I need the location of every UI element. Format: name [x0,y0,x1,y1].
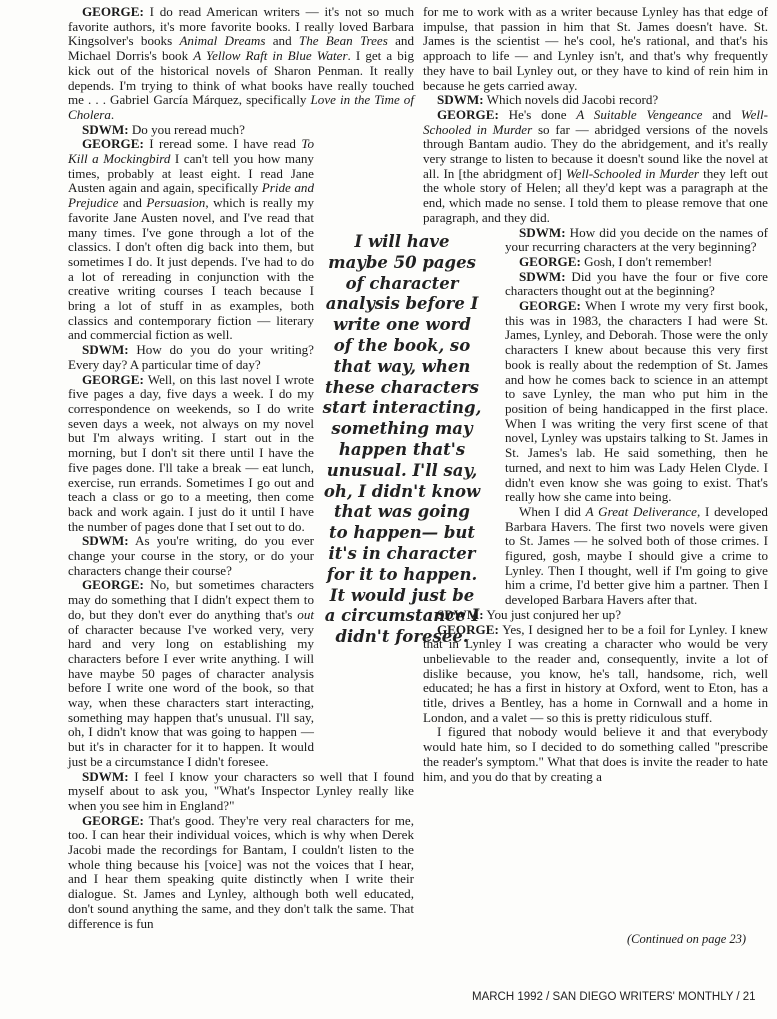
paragraph: GEORGE: Yes, I designed her to be a foil… [423,623,768,726]
speaker-label: GEORGE: [82,813,144,828]
paragraph: for me to work with as a writer because … [423,5,768,93]
paragraph: SDWM: I feel I know your characters so w… [68,770,414,814]
speaker-label: SDWM: [437,607,484,622]
paragraph: SDWM: As you're writing, do you ever cha… [68,534,314,578]
speaker-label: GEORGE: [437,622,499,637]
paragraph: SDWM: Do you reread much? [68,123,414,138]
paragraph: GEORGE: I reread some. I have read To Ki… [68,137,314,343]
paragraph: GEORGE: When I wrote my very first book,… [505,299,768,505]
speaker-label: GEORGE: [82,577,144,592]
speaker-label: SDWM: [437,92,484,107]
speaker-label: SDWM: [519,225,566,240]
speaker-label: GEORGE: [437,107,499,122]
speaker-label: SDWM: [519,269,566,284]
right-column: for me to work with as a writer because … [423,5,768,784]
continued-note: (Continued on page 23) [627,932,746,947]
speaker-label: SDWM: [82,533,129,548]
speaker-label: SDWM: [82,769,129,784]
paragraph: SDWM: How did you decide on the names of… [505,226,768,255]
paragraph: GEORGE: No, but sometimes characters may… [68,578,314,769]
paragraph: SDWM: You just conjured her up? [423,608,768,623]
speaker-label: GEORGE: [82,4,144,19]
speaker-label: GEORGE: [82,136,144,151]
paragraph: GEORGE: Well, on this last novel I wrote… [68,373,314,535]
speaker-label: SDWM: [82,122,129,137]
speaker-label: SDWM: [82,342,129,357]
paragraph: SDWM: Did you have the four or five core… [505,270,768,299]
speaker-label: GEORGE: [82,372,144,387]
paragraph: GEORGE: Gosh, I don't remember! [505,255,768,270]
paragraph: GEORGE: That's good. They're very real c… [68,814,414,932]
paragraph: GEORGE: He's done A Suitable Vengeance a… [423,108,768,226]
paragraph: GEORGE: I do read American writers — it'… [68,5,414,123]
speaker-label: GEORGE: [519,254,581,269]
left-column: GEORGE: I do read American writers — it'… [68,5,314,931]
page-footer: MARCH 1992 / SAN DIEGO WRITERS' MONTHLY … [472,991,756,1003]
paragraph: SDWM: How do you do your writing? Every … [68,343,314,372]
paragraph: When I did A Great Deliverance, I develo… [505,505,768,608]
paragraph: I figured that nobody would believe it a… [423,725,768,784]
speaker-label: GEORGE: [519,298,581,313]
paragraph: SDWM: Which novels did Jacobi record? [423,93,768,108]
